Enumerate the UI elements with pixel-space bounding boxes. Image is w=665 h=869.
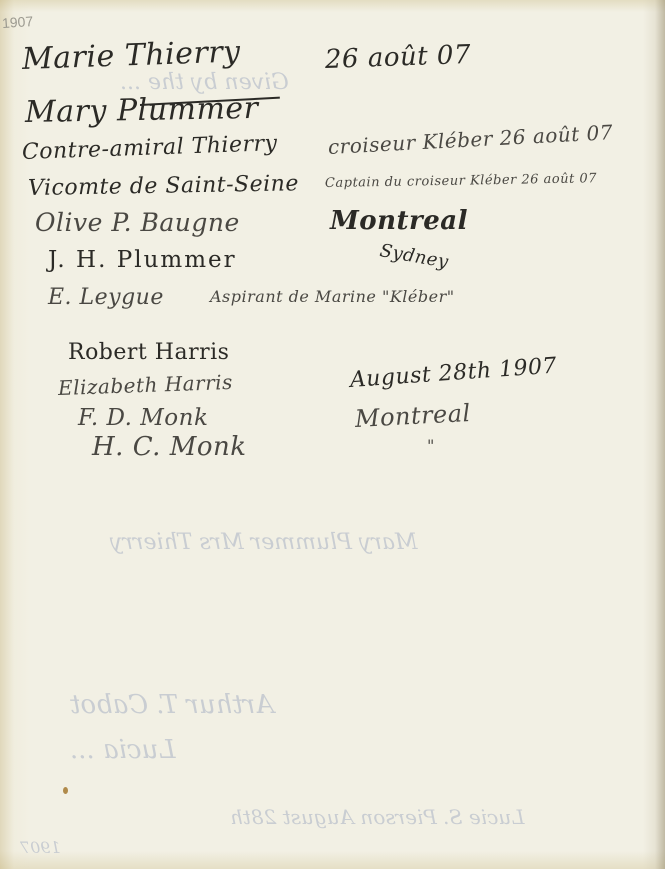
signature-note: August 28th 1907 [349,354,558,393]
signature-name: E. Leygue [48,285,164,310]
signature-note: 26 août 07 [324,40,471,75]
signature-name: Mary Plummer [25,91,259,130]
signature-name: F. D. Monk [78,405,208,431]
signature-name: Olive P. Baugne [35,208,240,237]
bleed-through-text: Lucia ... [70,735,175,765]
foxing-spot [63,787,68,794]
signature-note: Montreal [354,399,471,433]
bleed-through-text: Arthur T. Cabot [70,690,274,720]
signature-note: croiseur Kléber 26 août 07 [327,120,613,159]
signature-name: H. C. Monk [92,432,246,462]
signature-name: Robert Harris [68,340,229,365]
bleed-through-text: Lucie S. Pierson August 28th [230,805,524,829]
signature-note: Captain du croiseur Kléber 26 août 07 [325,171,597,191]
signature-note: Montreal [330,206,468,236]
bleed-through-text: Mary Plummer Mrs Thierry [110,530,418,555]
ditto-mark: " [427,436,435,455]
signature-name: Vicomte de Saint-Seine [28,171,299,201]
signature-name: Contre-amiral Thierry [22,131,278,165]
signature-name: J. H. Plummer [48,247,237,273]
signature-note: Aspirant de Marine "Kléber" [210,287,455,306]
signature-note: Sydney [378,240,450,273]
margin-year-note: 1907 [1,13,33,31]
guestbook-page: Given by the ... Mary Plummer Mrs Thierr… [0,0,665,869]
bleed-through-text: 1907 [20,838,61,857]
signature-name: Elizabeth Harris [58,370,234,400]
